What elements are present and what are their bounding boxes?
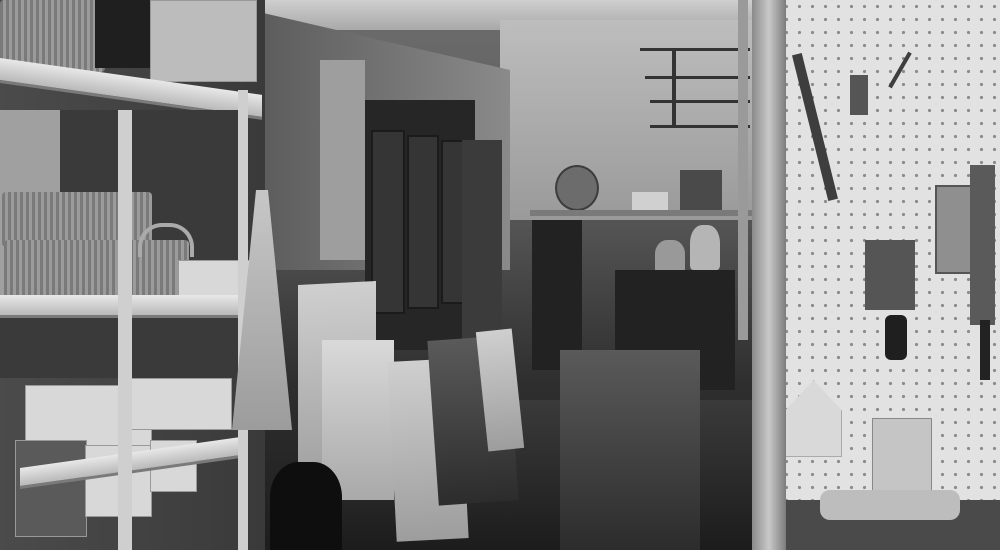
wall-rack: [645, 76, 750, 79]
metal-shelving-unit: [0, 0, 265, 550]
wall-rack: [650, 100, 750, 103]
vase: [690, 225, 720, 270]
pegboard: [780, 0, 1000, 550]
hanging-tag: [850, 75, 868, 115]
thin-pole: [738, 0, 748, 340]
wall-rack: [640, 48, 750, 51]
storage-room-photo: [0, 0, 1000, 550]
door-panel: [407, 135, 439, 309]
storage-box: [120, 378, 232, 430]
wall-clock: [555, 165, 599, 211]
wall-rack-post: [672, 48, 676, 128]
dark-furniture: [560, 350, 700, 550]
picture-frame: [680, 170, 722, 215]
round-dark-object: [270, 462, 342, 550]
storage-box: [150, 0, 257, 82]
shelf-post: [118, 110, 132, 550]
wall-panel: [320, 60, 365, 260]
spatula-tool: [785, 380, 842, 457]
wooden-doors: [365, 100, 475, 350]
tool-handle: [980, 320, 990, 380]
back-shelf: [530, 210, 760, 216]
basket-handle: [138, 223, 194, 257]
storage-box-dark: [15, 440, 87, 537]
knife-tool: [792, 53, 838, 201]
handle-tool: [885, 315, 907, 360]
saw-tool: [970, 165, 995, 325]
wall-rack: [650, 125, 750, 128]
dark-wall-section: [462, 140, 502, 340]
packaged-items: [820, 490, 960, 520]
door-panel: [371, 130, 405, 314]
scraper-tool: [865, 240, 915, 310]
vertical-pole: [752, 0, 786, 550]
dark-cabinet: [532, 220, 582, 370]
hook-tool: [888, 52, 911, 89]
